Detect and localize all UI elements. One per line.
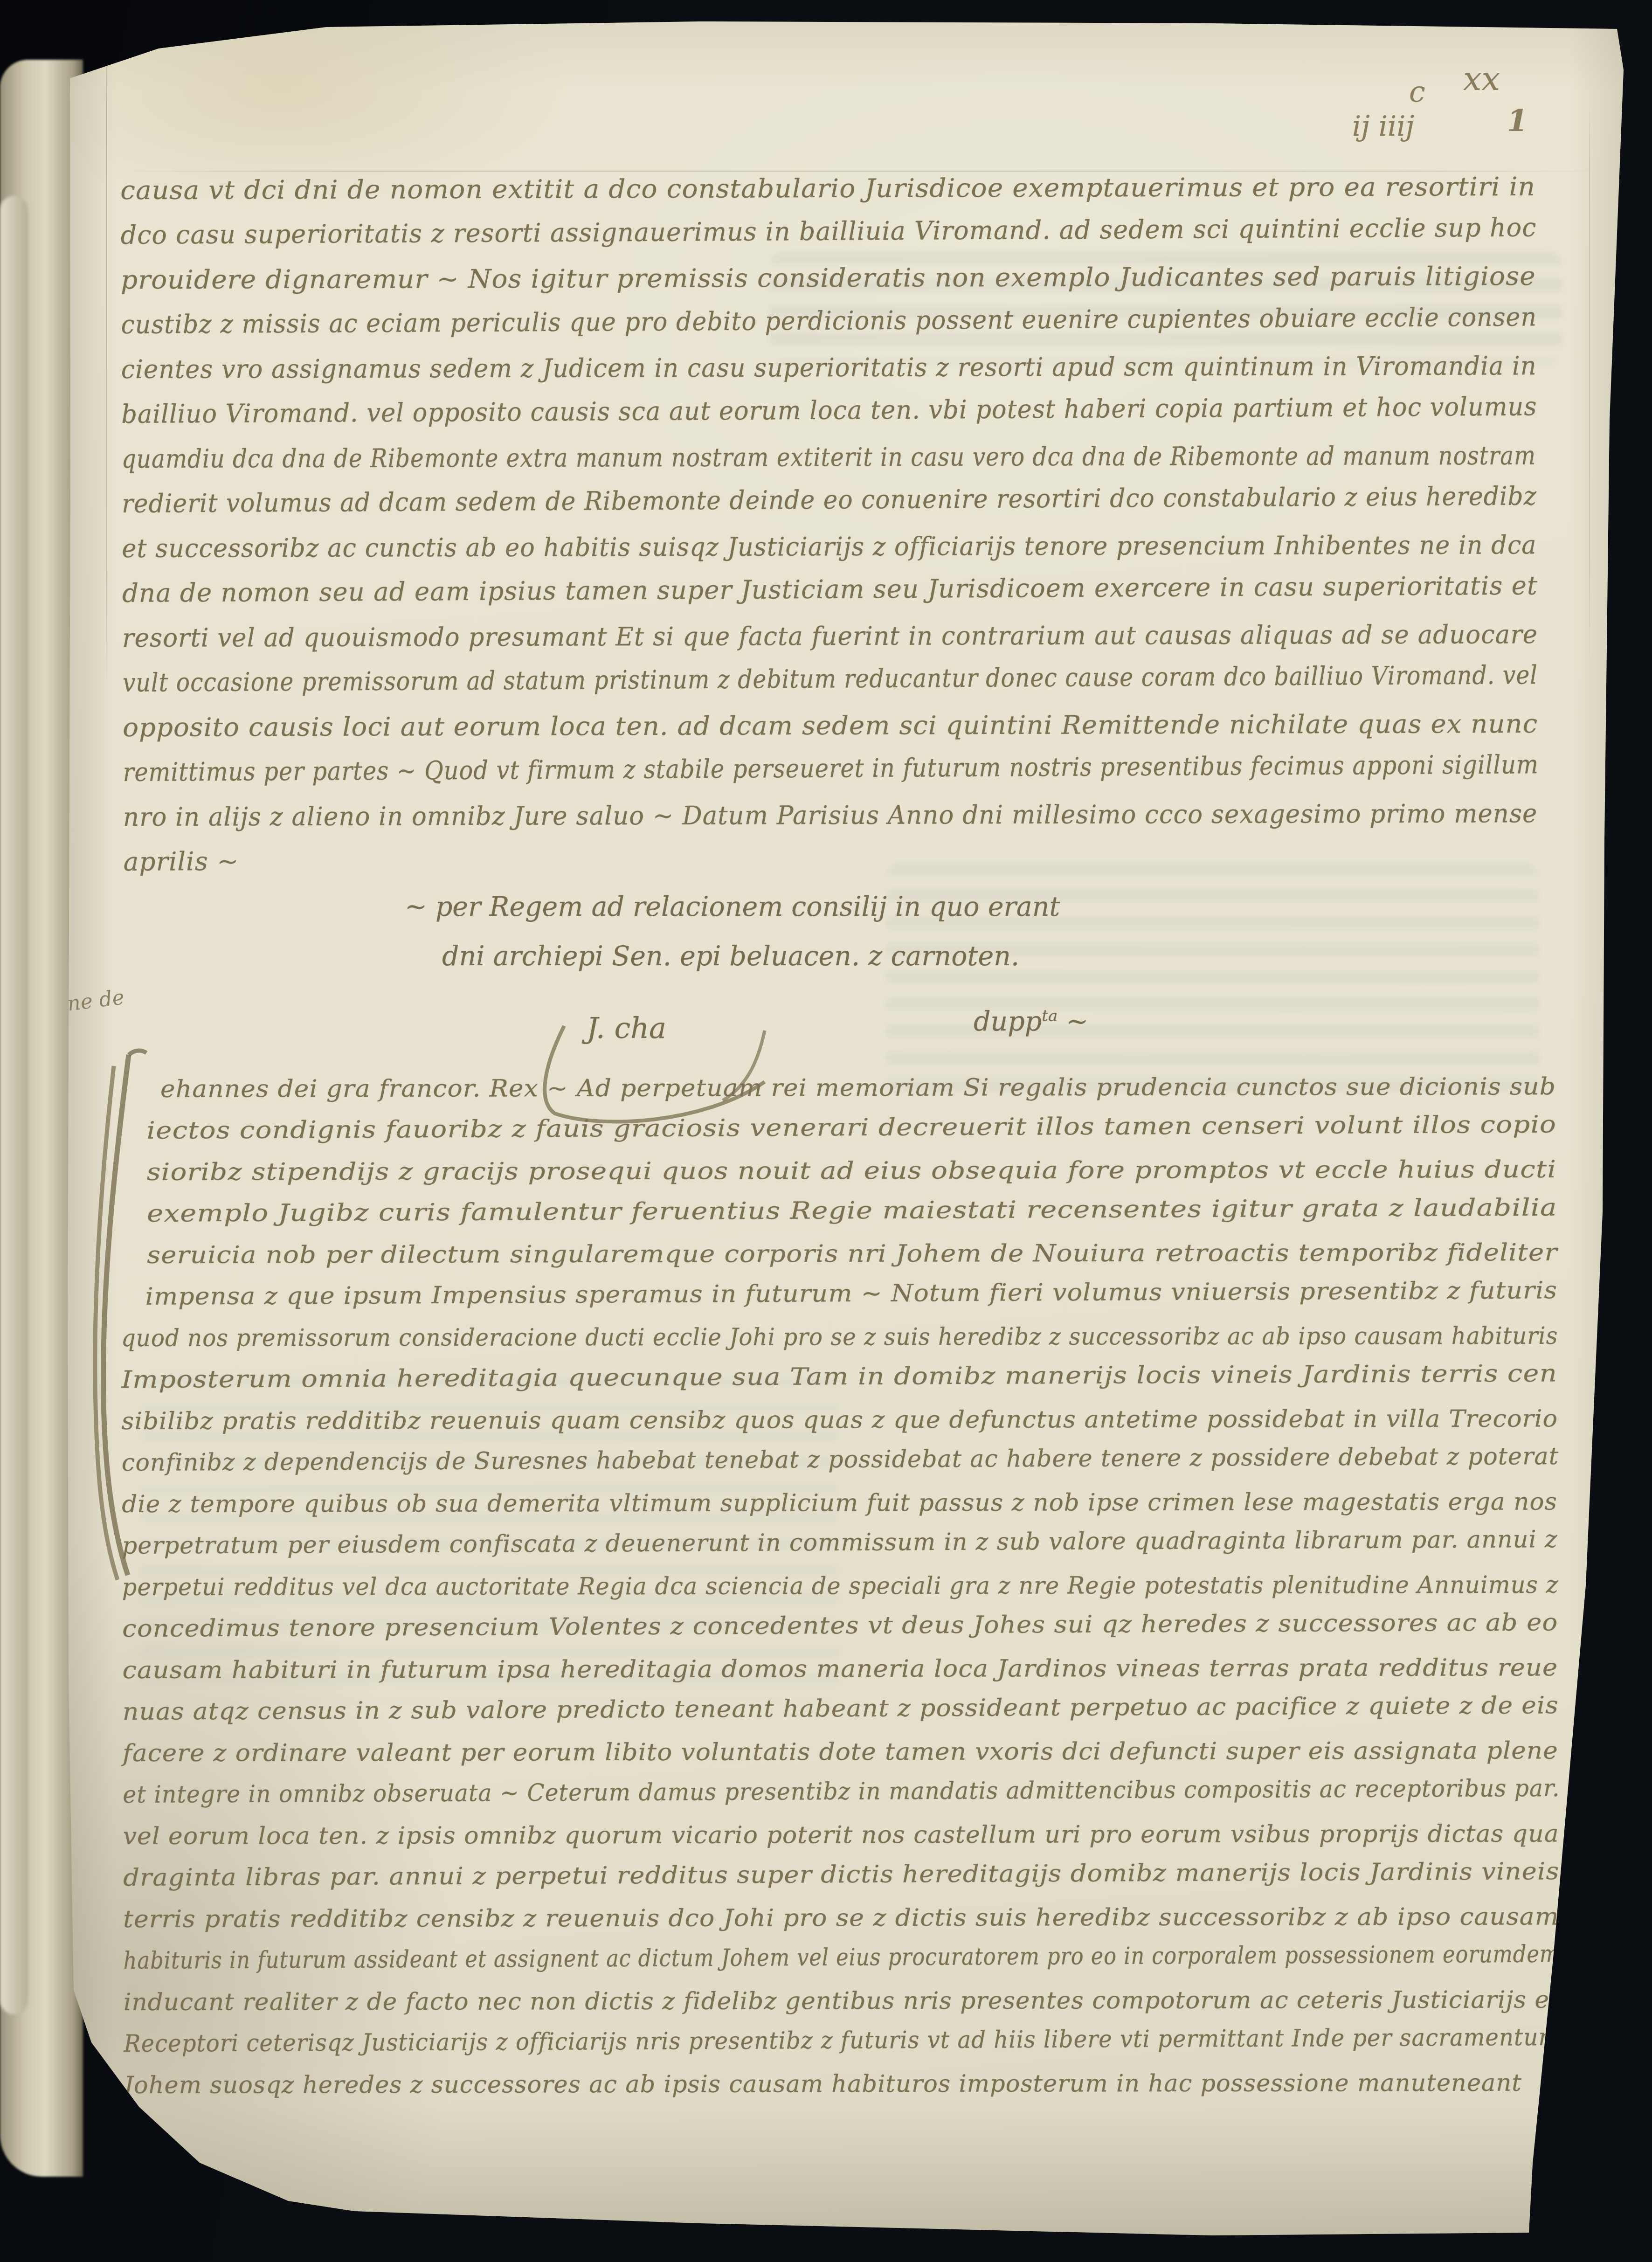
text-line: aprilis ~ [123, 839, 239, 884]
quire-signature: ij iiij [1352, 110, 1414, 143]
folio-mark-letter: c [1409, 75, 1425, 109]
duplicata-superscript: ta [1042, 1007, 1058, 1025]
text-line: nro in alijs z alieno in omnibz Jure sal… [123, 791, 1538, 839]
text-line: habituris in futurum assideant et assign… [124, 1934, 1560, 1982]
text-line: ehannes dei gra francor. Rex ~ Ad perpet… [160, 1066, 1556, 1110]
text-line: Receptori ceterisqz Justiciarijs z offic… [124, 2017, 1560, 2065]
text-line: custibz z missis ac eciam periculis que … [121, 294, 1537, 347]
folio-mark-roman: xx [1463, 60, 1500, 98]
text-line: perpetui redditus vel dca auctoritate Re… [122, 1564, 1559, 1608]
parchment-page: c xx ij iiij 1 Jehanne de nem causa vt d… [0, 0, 1652, 2262]
text-line: Johem suosqz heredes z successores ac ab… [124, 2062, 1521, 2106]
text-line: redierit volumus ad dcam sedem de Ribemo… [122, 473, 1537, 526]
text-line: dna de nomon seu ad eam ipsius tamen sup… [122, 563, 1538, 616]
text-line: facere z ordinare valeant per eorum libi… [123, 1730, 1558, 1774]
text-line: draginta libras par. annui z perpetui re… [123, 1851, 1560, 1899]
text-line: causa vt dci dni de nomon extitit a dco … [120, 164, 1535, 213]
text-line: opposito causis loci aut eorum loca ten.… [123, 701, 1538, 750]
text-line: et successoribz ac cunctis ab eo habitis… [122, 522, 1536, 571]
text-line: nuas atqz census in z sub valore predict… [123, 1685, 1559, 1733]
text-line: Imposterum omnia hereditagia quecunque s… [121, 1353, 1557, 1401]
text-line: iectos condignis fauoribz z fauis gracio… [146, 1104, 1556, 1151]
subscription-line1: ~ per Regem ad relacionem consilij in qu… [405, 892, 1060, 922]
text-line: vel eorum loca ten. z ipsis omnibz quoru… [123, 1813, 1559, 1857]
text-line: resorti vel ad quouismodo presumant Et s… [122, 612, 1538, 660]
text-line: seruicia nob per dilectum singularemque … [147, 1232, 1557, 1276]
text-line: terris pratis redditibz censibz z reuenu… [123, 1896, 1559, 1940]
subscription-line2: dni archiepi Sen. epi beluacen. z carnot… [442, 941, 1019, 972]
text-line: remittimus per partes ~ Quod vt firmum z… [123, 742, 1539, 795]
text-line: concedimus tenore presencium Volentes z … [122, 1602, 1558, 1650]
manuscript-photo: c xx ij iiij 1 Jehanne de nem causa vt d… [0, 0, 1652, 2262]
text-line: dco casu superioritatis z resorti assign… [120, 205, 1536, 257]
folio-number: 1 [1507, 104, 1528, 138]
text-line: et integre in omnibz obseruata ~ Ceterum… [123, 1768, 1560, 1816]
initial-letter: J [0, 0, 0, 0]
text-line: quod nos premissorum consideracione duct… [121, 1315, 1558, 1359]
text-line: sioribz stipendijs z gracijs prosequi qu… [147, 1149, 1557, 1193]
text-line: cientes vro assignamus sedem z Judicem i… [121, 343, 1537, 392]
duplicata-base: dupp [974, 1006, 1042, 1037]
underlying-leaf-edge-2 [0, 196, 28, 2014]
text-line: die z tempore quibus ob sua demerita vlt… [122, 1481, 1557, 1525]
duplicata-tail: ~ [1066, 1006, 1088, 1037]
text-line: causam habituri in futurum ipsa heredita… [122, 1647, 1558, 1691]
text-line: exemplo Jugibz curis famulentur feruenti… [147, 1187, 1557, 1235]
text-line: quamdiu dca dna de Ribemonte extra manum… [122, 433, 1536, 481]
text-line: vult occasione premissorum ad statum pri… [123, 652, 1538, 705]
left-margin-ruling [106, 28, 107, 690]
text-line: inducant realiter z de facto nec non dic… [124, 1979, 1560, 2023]
duplicata-mark: duppta ~ [974, 1006, 1088, 1037]
text-line: sibilibz pratis redditibz reuenuis quam … [121, 1398, 1558, 1442]
text-line: perpetratum per eiusdem confiscata z deu… [122, 1519, 1558, 1567]
text-line: confinibz z dependencijs de Suresnes hab… [122, 1436, 1559, 1484]
right-margin-ruling [1589, 103, 1590, 671]
text-line: prouidere dignaremur ~ Nos igitur premis… [121, 254, 1536, 302]
text-line: impensa z que ipsum Impensius speramus i… [145, 1270, 1558, 1318]
text-line: bailliuo Viromand. vel opposito causis s… [121, 384, 1537, 436]
